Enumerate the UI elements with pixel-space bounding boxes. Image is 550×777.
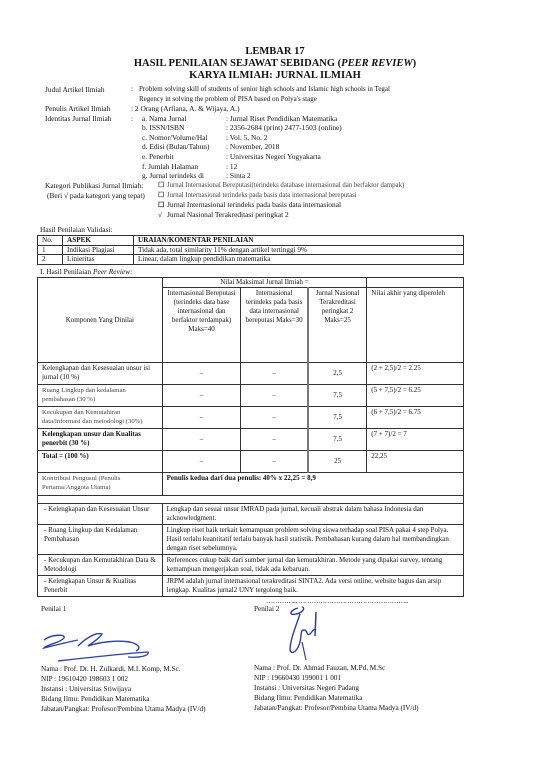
reviewer1-nip: NIP : 19610420 198603 1 002 xyxy=(41,675,128,685)
reviewer2-institution: Instansi : Universitas Negeri Padang xyxy=(254,684,359,694)
reviewer1-signature xyxy=(38,628,153,664)
score-rows: Kelengkapan dan Kesesuaian unsur isi jur… xyxy=(38,363,464,473)
identity-value-text: Universitas Negeri Yogyakarta xyxy=(230,152,321,161)
identity-value-text: Jurnal Riset Pendidikan Matematika xyxy=(230,114,337,123)
cell-final: (7 + 7)/2 = 7 xyxy=(367,429,464,451)
header-final: Nilai akhir yang diperoleh xyxy=(367,288,464,363)
cell-component: Total = (100 %) xyxy=(38,451,163,473)
reviewer2-title: Penilai 2 xyxy=(254,605,279,615)
identity-key: a. Nama Jurnal xyxy=(142,114,187,124)
title-italic: PEER REVIEW xyxy=(341,58,413,69)
cell-component: Kelengkapan dan Kesesuaian unsur isi jur… xyxy=(38,363,163,385)
identity-value: : November, 2018 xyxy=(226,142,279,152)
cell-national: 25 xyxy=(308,451,367,473)
authors-label: Penulis Artikel Ilmiah xyxy=(45,104,110,114)
identity-key: d. Edisi (Bulan/Tahun) xyxy=(142,142,209,152)
header-uraian: URAIAN/KOMENTAR PENILAIAN xyxy=(134,236,464,246)
cell-component: Kelengkapan unsur dan Kualitas penerbit … xyxy=(38,429,163,451)
cell-comment: Lengkap dan sesuai unsur IMRAD pada jurn… xyxy=(162,504,463,525)
checkmark-icon[interactable]: √ xyxy=(158,211,167,221)
reviewer2-name: Nama : Prof. Dr. Ahmad Fauzan, M.Pd, M.S… xyxy=(254,664,385,674)
reviewer1-title: Penilai 1 xyxy=(41,605,66,615)
identity-key: g. Jurnal terindeks di xyxy=(142,171,204,181)
checkbox-icon[interactable]: ☐ xyxy=(158,181,167,191)
identity-key: f. Jumlah Halaman xyxy=(142,162,198,172)
cell-comment: References cukup baik dari sumber jurnal… xyxy=(162,555,463,576)
cell-no: 2 xyxy=(38,255,63,265)
comment-rows: - Kelengkapan dan Kesesuaian UnsurLengka… xyxy=(38,504,464,597)
identity-value: : Jurnal Riset Pendidikan Matematika xyxy=(226,114,337,124)
cell-intl-reputable: – xyxy=(162,363,241,385)
header-no: No. xyxy=(38,236,63,246)
cell-national: 2,5 xyxy=(308,363,367,385)
cell-aspect: - Kecukupan dan Kemutakhiran Data & Meto… xyxy=(38,555,163,576)
colon: : xyxy=(131,114,133,124)
header-intl-reputable: Internasional Bereputasi (terindeks data… xyxy=(162,288,241,363)
document-subtitle: KARYA ILMIAH: JURNAL ILMIAH xyxy=(0,70,550,82)
cell-national: 7,5 xyxy=(308,385,367,407)
cell-intl-indexed: – xyxy=(241,385,308,407)
header-component: Komponen Yang Dinilai xyxy=(38,278,163,363)
identity-value-text: Vol. 5, No. 2 xyxy=(230,133,268,142)
reviewer1-rank: Jabatan/Pangkat: Profesor/Pembina Utama … xyxy=(41,705,205,715)
cell-aspect: - Kelengkapan Unsur & Kualitas Penerbit xyxy=(38,576,163,597)
contribution-row: Kontribusi Pengusul (Penulis Pertama/Ang… xyxy=(38,473,464,496)
reviewer1-institution: Instansi : Universitas Sriwijaya xyxy=(41,685,131,695)
category-instruction: (Beri √ pada kategori yang tepat) xyxy=(47,191,145,201)
category-label: Jurnal Internasional terindeks pada basi… xyxy=(167,192,357,199)
reviewer1-field: Bidang Ilmu: Pendidikan Matematika xyxy=(41,695,149,705)
cell-intl-reputable: – xyxy=(162,451,241,473)
table-row: 1 Indikasi Plagiasi Tidak ada, total sim… xyxy=(38,245,464,255)
identity-label: Identitas Jurnal Ilmiah xyxy=(45,114,112,124)
category-label: Kategori Publikasi Jurnal Ilmiah: xyxy=(45,181,143,191)
comment-row: - Kelengkapan Unsur & Kualitas PenerbitJ… xyxy=(38,576,464,597)
cell-aspect: - Kelengkapan dan Kesesuaian Unsur xyxy=(38,504,163,525)
cell-comment: JRPM adalah jurnal internasional terakre… xyxy=(162,576,463,597)
title-suffix: ) xyxy=(413,58,417,69)
comment-row: - Ruang Lingkup dan Kedalaman Pembahasan… xyxy=(38,525,464,555)
category-option[interactable]: ☐Jurnal Internasional terindeks pada bas… xyxy=(158,191,357,201)
table-row: 2 Linieritas Linear, dalam lingkup pendi… xyxy=(38,255,464,265)
article-title-value: Problem solving skill of students of sen… xyxy=(139,85,390,94)
identity-key: e. Penerbit xyxy=(142,152,174,162)
identity-value: : Sinta 2 xyxy=(226,171,251,181)
comment-row: - Kecukupan dan Kemutakhiran Data & Meto… xyxy=(38,555,464,576)
cell-final: (5 + 7,5)/2 = 6.25 xyxy=(367,385,464,407)
cell-uraian: Linear, dalam lingkup pendidikan matemat… xyxy=(134,255,464,265)
identity-value-text: November, 2018 xyxy=(230,142,279,151)
category-label: Jurnal Nasional Terakreditasi peringkat … xyxy=(167,210,289,219)
cell-final: 22,25 xyxy=(367,451,464,473)
cell-intl-reputable: – xyxy=(162,385,241,407)
reviewer2-rank: Jabatan/Pangkat: Profesor/Pembina Utama … xyxy=(254,704,418,714)
cell-aspek: Indikasi Plagiasi xyxy=(63,245,134,255)
cell-aspek: Linieritas xyxy=(63,255,134,265)
contribution-value: Penulis kedua dari dua penulis: 40% x 22… xyxy=(162,473,463,496)
cell-intl-reputable: – xyxy=(162,407,241,429)
cell-final: (6 + 7,5)/2 = 6.75 xyxy=(367,407,464,429)
table-row: Kelengkapan dan Kesesuaian unsur isi jur… xyxy=(38,363,464,385)
reviewer2-field: Bidang Ilmu: Pendidikan Matematika xyxy=(254,694,362,704)
colon: : xyxy=(131,85,133,94)
checkbox-icon[interactable]: ☐ xyxy=(158,191,167,201)
validation-header-row: No. ASPEK URAIAN/KOMENTAR PENILAIAN xyxy=(38,236,464,246)
cell-aspect: - Ruang Lingkup dan Kedalaman Pembahasan xyxy=(38,525,163,555)
article-title-label: Judul Artikel Ilmiah xyxy=(45,85,105,95)
cell-component: Ruang Lingkup dan kedalaman pembahasan (… xyxy=(38,385,163,407)
identity-value-text: 12 xyxy=(230,162,237,171)
category-option[interactable]: √Jurnal Nasional Terakreditasi peringkat… xyxy=(158,210,289,221)
document-title: HASIL PENILAIAN SEJAWAT SEBIDANG (PEER R… xyxy=(0,58,550,70)
group-header-row: Komponen Yang Dinilai Nilai Maksimal Jur… xyxy=(38,278,464,288)
reviewer1-name: Nama : Prof. Dr. H. Zulkardi, M.I. Komp,… xyxy=(41,665,181,675)
cell-component: Kecukupan dan Kemutahiran data/informasi… xyxy=(38,407,163,429)
identity-value-text: 2356-2684 (print) 2477-1503 (online) xyxy=(230,123,342,132)
header-aspek: ASPEK xyxy=(63,236,134,246)
peer-review-heading: I. Hasil Penilaian Peer Review: xyxy=(40,267,133,277)
cell-national: 7,5 xyxy=(308,429,367,451)
title-text: HASIL PENILAIAN SEJAWAT SEBIDANG ( xyxy=(134,58,341,69)
identity-key: c. Nomor/Volume/Hal xyxy=(142,133,208,143)
validation-heading: Hasil Penilaian Validasi: xyxy=(40,225,113,235)
sheet-number: LEMBAR 17 xyxy=(0,46,550,58)
cell-intl-indexed: – xyxy=(241,429,308,451)
header-blank xyxy=(367,278,464,288)
heading-italic: Peer Review: xyxy=(93,267,133,276)
validation-table: No. ASPEK URAIAN/KOMENTAR PENILAIAN 1 In… xyxy=(37,235,464,265)
cell-intl-indexed: – xyxy=(241,451,308,473)
header-group: Nilai Maksimal Jurnal Ilmiah = xyxy=(162,278,367,288)
heading-text: I. Hasil Penilaian xyxy=(40,267,93,276)
peer-review-table: Komponen Yang Dinilai Nilai Maksimal Jur… xyxy=(37,277,464,597)
cell-uraian: Tidak ada, total similarity 11% dengan a… xyxy=(134,245,464,255)
category-option[interactable]: ☐Jurnal Internasional Bereputasi(terinde… xyxy=(158,181,404,191)
category-label: Jurnal Internasional terindeks pada basi… xyxy=(167,200,341,209)
identity-value: : 12 xyxy=(226,162,237,172)
cell-final: (2 + 2,5)/2 = 2.25 xyxy=(367,363,464,385)
authors-text: 2 Orang (Arfiana, A. & Wijaya, A.) xyxy=(135,104,240,113)
category-label-text: Kategori Publikasi Jurnal Ilmiah xyxy=(45,181,141,190)
article-title-value-cont: Regency in solving the problem of PISA b… xyxy=(139,95,317,104)
reviewer2-nip: NIP : 19660430 199001 1 001 xyxy=(254,674,341,684)
identity-value: : Vol. 5, No. 2 xyxy=(226,133,267,143)
table-row: Total = (100 %)––2522,25 xyxy=(38,451,464,473)
cell-intl-indexed: – xyxy=(241,363,308,385)
table-row: Kecukupan dan Kemutahiran data/informasi… xyxy=(38,407,464,429)
category-label: Jurnal Internasional Bereputasi(terindek… xyxy=(167,182,404,189)
cell-intl-indexed: – xyxy=(241,407,308,429)
cell-comment: Lingkup riset baik terkait kemampuan pro… xyxy=(162,525,463,555)
cell-intl-reputable: – xyxy=(162,429,241,451)
authors-value: : 2 Orang (Arfiana, A. & Wijaya, A.) xyxy=(131,104,240,114)
identity-value-text: Sinta 2 xyxy=(230,171,251,180)
cell-national: 7,5 xyxy=(308,407,367,429)
table-row: Kelengkapan unsur dan Kualitas penerbit … xyxy=(38,429,464,451)
comment-row: - Kelengkapan dan Kesesuaian UnsurLengka… xyxy=(38,504,464,525)
reviewer2-signature xyxy=(280,604,330,662)
spacer-cell xyxy=(38,496,464,504)
cell-no: 1 xyxy=(38,245,63,255)
header-intl-indexed: Internasional terindeks pada basis data … xyxy=(241,288,308,363)
header-national: Jurnal Nasional Terakreditasi peringkat … xyxy=(308,288,367,363)
identity-value: : Universitas Negeri Yogyakarta xyxy=(226,152,321,162)
spacer-row xyxy=(38,496,464,504)
identity-value: : 2356-2684 (print) 2477-1503 (online) xyxy=(226,123,342,133)
table-row: Ruang Lingkup dan kedalaman pembahasan (… xyxy=(38,385,464,407)
contribution-label: Kontribusi Pengusul (Penulis Pertama/Ang… xyxy=(38,473,163,496)
identity-key: b. ISSN/ISBN xyxy=(142,123,184,133)
